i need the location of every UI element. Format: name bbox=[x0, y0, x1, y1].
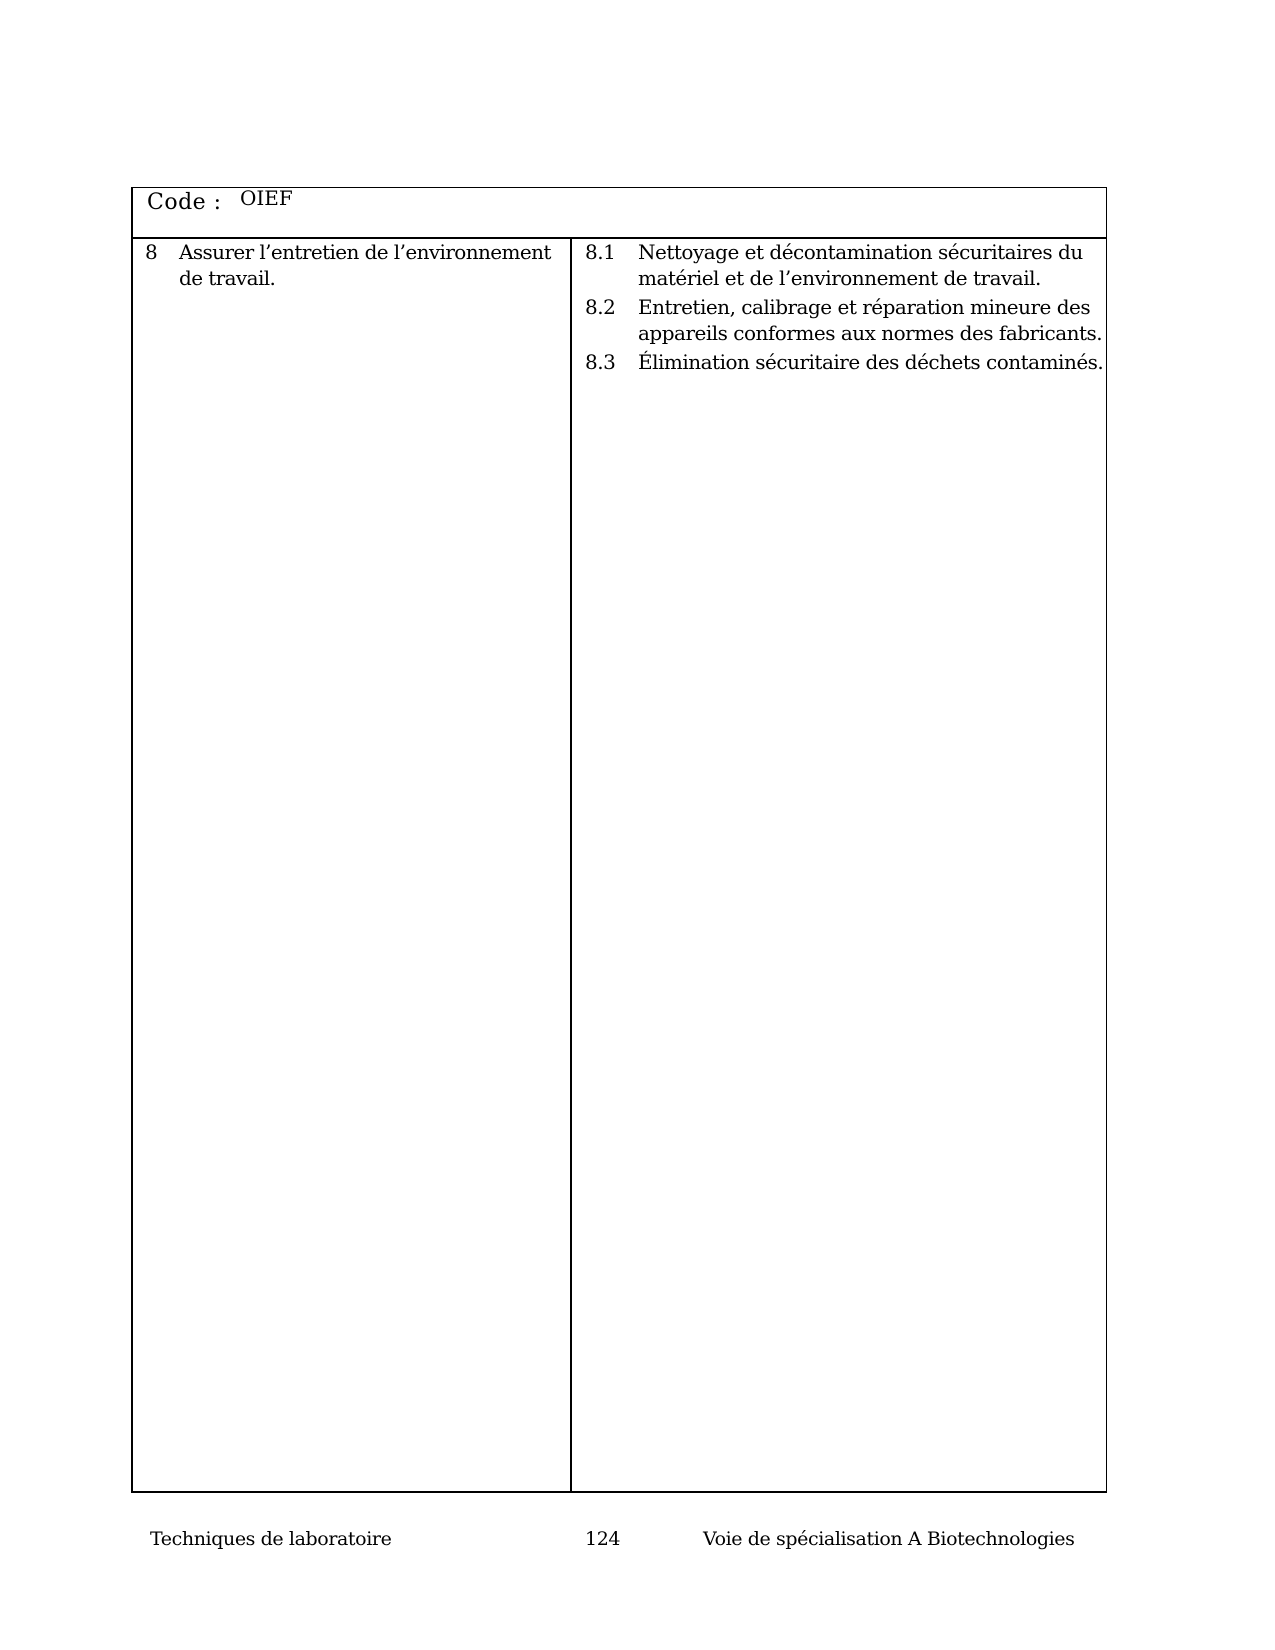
criterion-number: 8.1 bbox=[585, 239, 615, 265]
criterion-text: Entretien, calibrage et réparation mineu… bbox=[638, 294, 1105, 346]
competency-cell: 8 Assurer l’entretien de l’environnement… bbox=[145, 239, 555, 291]
criterion-number: 8.3 bbox=[585, 349, 615, 375]
criteria-cell: 8.1 Nettoyage et décontamination sécurit… bbox=[585, 239, 1105, 378]
criterion-number: 8.2 bbox=[585, 294, 615, 320]
footer-program: Techniques de laboratoire bbox=[150, 1528, 391, 1550]
competency-text: Assurer l’entretien de l’environnement d… bbox=[179, 239, 555, 291]
footer-specialization: Voie de spécialisation A Biotechnologies bbox=[703, 1528, 1075, 1550]
criterion-text: Élimination sécuritaire des déchets cont… bbox=[638, 349, 1105, 375]
column-divider bbox=[570, 237, 572, 1491]
criterion-text: Nettoyage et décontamination sécuritaire… bbox=[638, 239, 1105, 291]
criterion-item: 8.1 Nettoyage et décontamination sécurit… bbox=[585, 239, 1105, 291]
competency-number: 8 bbox=[145, 239, 157, 265]
table-header: Code : OIEF bbox=[133, 188, 1106, 239]
criterion-item: 8.2 Entretien, calibrage et réparation m… bbox=[585, 294, 1105, 346]
page-number: 124 bbox=[585, 1528, 620, 1550]
competency-table: Code : OIEF 8 Assurer l’entretien de l’e… bbox=[131, 187, 1107, 1493]
code-value: OIEF bbox=[240, 186, 293, 210]
criterion-item: 8.3 Élimination sécuritaire des déchets … bbox=[585, 349, 1105, 375]
code-label: Code : bbox=[147, 190, 222, 215]
